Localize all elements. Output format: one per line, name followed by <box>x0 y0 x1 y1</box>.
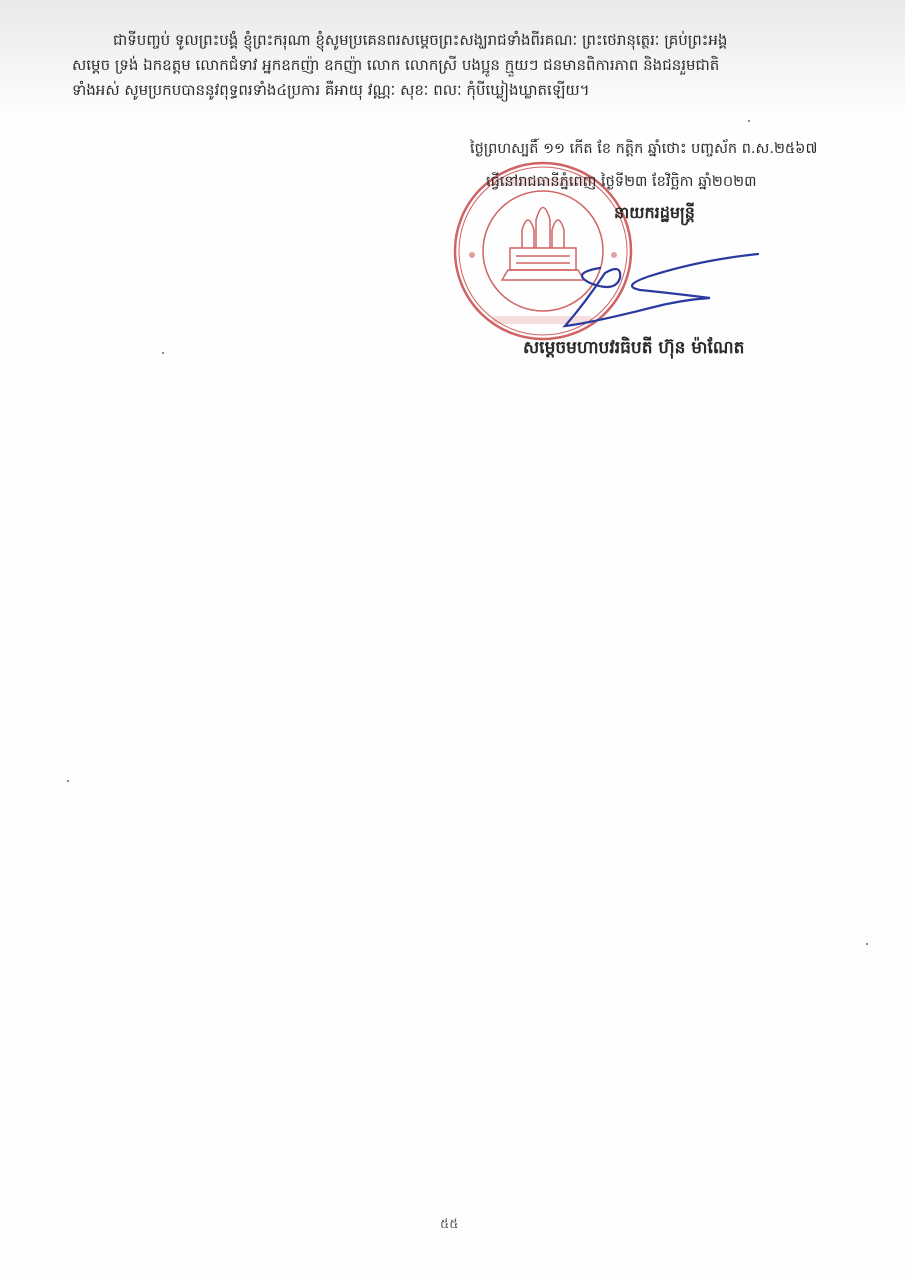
scan-speck <box>748 120 750 122</box>
signature-icon <box>560 248 760 338</box>
closing-paragraph-line-1: ជាទីបញ្ចប់ ទូលព្រះបង្គំ ខ្ញុំព្រះករុណា ខ… <box>113 28 873 53</box>
closing-paragraph-line-3: ទាំងអស់ សូមប្រកបបាននូវពុទ្ធពរទាំង៤ប្រការ… <box>72 78 832 103</box>
signatory-name: សម្តេចមហាបវរធិបតី ហ៊ុន ម៉ាណែត <box>523 337 744 362</box>
lunar-date: ថ្ងៃព្រហស្បតិ៍ ១១ កើត ខែ កត្តិក ឆ្នាំថោះ… <box>470 140 817 161</box>
scan-speck <box>866 943 868 945</box>
page-number: ៥៥ <box>440 1216 458 1235</box>
scan-speck <box>67 780 69 782</box>
place-and-date: ធ្វើនៅរាជធានីភ្នំពេញ ថ្ងៃទី២៣ ខែវិច្ឆិកា… <box>486 173 756 194</box>
closing-paragraph-line-2: សម្ដេច ទ្រង់ ឯកឧត្ដម លោកជំទាវ អ្នកឧកញ៉ា … <box>72 53 832 78</box>
scan-speck <box>162 352 164 354</box>
signatory-title: នាយករដ្ឋមន្ត្រី <box>614 202 695 226</box>
